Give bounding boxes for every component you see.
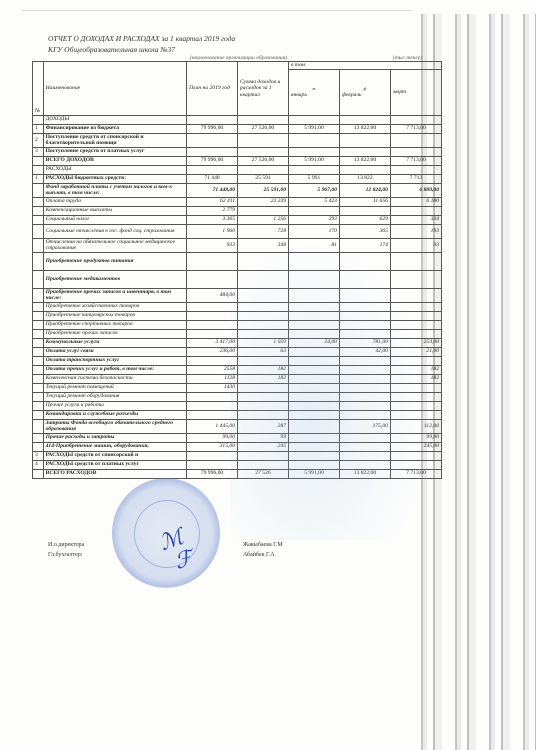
signature-names: Жакыбаева Г.М Абайбек Г.А — [243, 540, 283, 560]
row-february-cell — [339, 133, 390, 147]
table-row: Компенсационные выплаты2 779 — [33, 206, 442, 215]
row-name-cell: Приобретение продуктов питания — [43, 252, 186, 270]
table-row: Социальные отчисления в гос. фонд соц. с… — [33, 224, 442, 238]
row-plan-cell: 1430 — [187, 383, 238, 392]
table-row: Оплата прочих услуг и работ, в том числе… — [33, 365, 442, 374]
row-february-cell: 781,00 — [339, 338, 390, 347]
row-number-cell — [33, 469, 44, 478]
row-number-cell — [33, 115, 44, 124]
row-quarter-sum-cell — [238, 133, 289, 147]
row-february-cell: 13 822,00 — [339, 124, 390, 133]
row-quarter-sum-cell: 25 591 — [238, 174, 289, 183]
row-february-cell — [339, 147, 390, 156]
table-row: Прочие услуги и работы — [33, 401, 442, 410]
row-january-cell — [288, 374, 339, 383]
row-plan-cell — [187, 252, 238, 270]
row-february-cell: 175,00 — [339, 419, 390, 433]
row-march-cell: 334 — [390, 215, 441, 224]
row-number-cell — [33, 347, 44, 356]
row-plan-cell: 1 445,00 — [187, 419, 238, 433]
row-plan-cell: 236,00 — [187, 347, 238, 356]
header-number: № — [33, 62, 44, 116]
accountant-name: Абайбек Г.А — [243, 550, 283, 560]
row-number-cell: 4 — [33, 460, 44, 469]
row-march-cell: 182 — [390, 365, 441, 374]
report-title: ОТЧЕТ О ДОХОДАХ И РАСХОДАХ за 1 квартал … — [48, 34, 235, 43]
row-february-cell — [339, 302, 390, 311]
table-row: Приобретение прочих запасов и инвентаря,… — [33, 288, 442, 302]
row-plan-cell: 933 — [187, 238, 238, 252]
row-plan-cell: 79 996,00 — [187, 469, 238, 478]
row-number-cell — [33, 365, 44, 374]
header-february: ф февраль — [339, 69, 390, 115]
row-plan-cell — [187, 270, 238, 288]
row-plan-cell: 1128 — [187, 374, 238, 383]
director-label: И.о.директора — [48, 540, 84, 550]
row-plan-cell — [187, 311, 238, 320]
table-row: Комплексная система безопасности11281821… — [33, 374, 442, 383]
row-quarter-sum-cell — [238, 311, 289, 320]
header-quarter-sum: Сумма доходов и расходов за 1 квартал — [238, 62, 289, 116]
row-february-cell: 12 824,00 — [339, 183, 390, 197]
row-number-cell — [33, 419, 44, 433]
row-january-cell — [288, 401, 339, 410]
row-plan-cell — [187, 451, 238, 460]
row-quarter-sum-cell — [238, 288, 289, 302]
row-number-cell — [33, 270, 44, 288]
table-row: ВСЕГО РАСХОДОВ79 996,0027 5265 991,0013 … — [33, 469, 442, 478]
row-january-cell — [288, 133, 339, 147]
table-row: Социальный налог3 3651 256293629334 — [33, 215, 442, 224]
row-february-cell — [339, 401, 390, 410]
row-february-cell — [339, 206, 390, 215]
row-february-cell: 13 822,00 — [339, 156, 390, 165]
row-january-cell — [288, 320, 339, 329]
row-quarter-sum-cell: 728 — [238, 224, 289, 238]
director-name: Жакыбаева Г.М — [243, 540, 283, 550]
row-name-cell: Коммунальные услуги — [43, 338, 186, 347]
row-quarter-sum-cell: 182 — [238, 374, 289, 383]
row-march-cell — [390, 356, 441, 365]
row-number-cell — [33, 401, 44, 410]
row-march-cell — [390, 270, 441, 288]
row-february-cell — [339, 356, 390, 365]
row-february-cell — [339, 383, 390, 392]
row-name-cell: Компенсационные выплаты — [43, 206, 186, 215]
row-plan-cell — [187, 147, 238, 156]
table-row: Приобретение спортивных товаров — [33, 320, 442, 329]
row-february-cell — [339, 433, 390, 442]
row-march-cell — [390, 165, 441, 174]
row-name-cell: Прочие расходы и затраты — [43, 433, 186, 442]
row-plan-cell: 2 779 — [187, 206, 238, 215]
row-name-cell: Текущий ремонт помещений — [43, 383, 186, 392]
row-february-cell — [339, 115, 390, 124]
row-january-cell: 5 991 — [288, 174, 339, 183]
row-quarter-sum-cell — [238, 410, 289, 419]
row-quarter-sum-cell — [238, 460, 289, 469]
table-row: 3Поступление средств от платных услуг — [33, 147, 442, 156]
header-january: т январь — [288, 69, 339, 115]
table-row: Приобретение медикаментов — [33, 270, 442, 288]
row-march-cell: 99,00 — [390, 433, 441, 442]
row-january-cell — [288, 433, 339, 442]
row-january-cell — [288, 365, 339, 374]
row-quarter-sum-cell — [238, 270, 289, 288]
row-quarter-sum-cell — [238, 206, 289, 215]
row-quarter-sum-cell: 27 526,00 — [238, 124, 289, 133]
row-quarter-sum-cell — [238, 115, 289, 124]
row-march-cell — [390, 288, 441, 302]
table-row: Приобретение продуктов питания — [33, 252, 442, 270]
row-january-cell — [288, 302, 339, 311]
row-quarter-sum-cell: 63 — [238, 347, 289, 356]
row-february-cell: 13 822 — [339, 174, 390, 183]
row-march-cell — [390, 115, 441, 124]
row-february-cell — [339, 451, 390, 460]
row-march-cell: 93 — [390, 238, 441, 252]
table-row: 1Финансирование из бюджета79 996,0027 52… — [33, 124, 442, 133]
accountant-label: Гл.бухгалтер: — [48, 550, 84, 560]
row-plan-cell: 79 996,00 — [187, 156, 238, 165]
row-february-cell — [339, 329, 390, 338]
table-row: РАСХОДЫ — [33, 165, 442, 174]
header-february-label: февраль — [342, 92, 388, 99]
table-row: Командировки и служебные разъезды — [33, 410, 442, 419]
income-expense-table: № Наименование План на 2019 год Сумма до… — [32, 61, 442, 479]
row-march-cell — [390, 383, 441, 392]
row-name-cell: Приобретение прочих запасов — [43, 329, 186, 338]
row-name-cell: РАСХОДЫ средств от спонсорской и — [43, 451, 186, 460]
row-march-cell: 112,00 — [390, 419, 441, 433]
row-quarter-sum-cell: 348 — [238, 238, 289, 252]
row-number-cell — [33, 329, 44, 338]
row-name-cell: РАСХОДЫ — [43, 165, 186, 174]
row-name-cell: ВСЕГО ДОХОДОВ — [43, 156, 186, 165]
row-march-cell — [390, 460, 441, 469]
row-february-cell: 629 — [339, 215, 390, 224]
row-march-cell — [390, 329, 441, 338]
row-plan-cell — [187, 460, 238, 469]
row-quarter-sum-cell: 25 591,00 — [238, 183, 289, 197]
row-name-cell: Командировки и служебные разъезды — [43, 410, 186, 419]
row-quarter-sum-cell — [238, 302, 289, 311]
row-january-cell — [288, 270, 339, 288]
row-march-cell: 7 713,00 — [390, 156, 441, 165]
row-plan-cell — [187, 410, 238, 419]
row-name-cell: Оплата услуг связи — [43, 347, 186, 356]
row-march-cell — [390, 401, 441, 410]
row-name-cell: Приобретение медикаментов — [43, 270, 186, 288]
table-row: Текущий ремонт помещений1430 — [33, 383, 442, 392]
row-quarter-sum-cell — [238, 147, 289, 156]
row-number-cell — [33, 183, 44, 197]
row-number-cell — [33, 224, 44, 238]
row-name-cell: РАСХОДЫ средств от платных услуг — [43, 460, 186, 469]
row-january-cell — [288, 356, 339, 365]
row-quarter-sum-cell: 245 — [238, 442, 289, 451]
row-quarter-sum-cell: 1 256 — [238, 215, 289, 224]
row-february-cell — [339, 410, 390, 419]
row-number-cell — [33, 206, 44, 215]
row-january-cell — [288, 460, 339, 469]
row-plan-cell: 3 365 — [187, 215, 238, 224]
row-quarter-sum-cell — [238, 392, 289, 401]
row-february-cell: 13 822,00 — [339, 469, 390, 478]
row-number-cell — [33, 338, 44, 347]
row-number-cell — [33, 374, 44, 383]
row-march-cell: 7 713 — [390, 174, 441, 183]
row-plan-cell: 99,00 — [187, 433, 238, 442]
row-february-cell — [339, 460, 390, 469]
table-row: Оплата труда62 41123 2395 42311 6566 180 — [33, 197, 442, 206]
row-january-cell — [288, 383, 339, 392]
row-february-cell — [339, 311, 390, 320]
row-january-cell — [288, 410, 339, 419]
row-plan-cell — [187, 165, 238, 174]
row-march-cell: 182 — [390, 374, 441, 383]
row-number-cell — [33, 392, 44, 401]
row-name-cell: Социальный налог — [43, 215, 186, 224]
row-name-cell: Оплата прочих услуг и работ, в том числе… — [43, 365, 186, 374]
row-february-cell: 11 656 — [339, 197, 390, 206]
row-name-cell: Приобретение спортивных товаров — [43, 320, 186, 329]
row-quarter-sum-cell: 27 526 — [238, 469, 289, 478]
row-quarter-sum-cell: 99 — [238, 433, 289, 442]
row-january-cell — [288, 451, 339, 460]
row-march-cell — [390, 451, 441, 460]
row-number-cell — [33, 156, 44, 165]
signature-labels: И.о.директора Гл.бухгалтер: — [48, 540, 84, 560]
row-number-cell — [33, 442, 44, 451]
row-february-cell — [339, 320, 390, 329]
row-march-cell — [390, 320, 441, 329]
row-name-cell: Финансирование из бюджета — [43, 124, 186, 133]
director-signature: ℳ — [156, 525, 187, 557]
row-february-cell — [339, 252, 390, 270]
table-row: Оплата транспортных услуг — [33, 356, 442, 365]
row-name-cell: Приобретение прочих запасов и инвентаря,… — [43, 288, 186, 302]
row-january-cell — [288, 442, 339, 451]
table-row: ДОХОДЫ — [33, 115, 442, 124]
table-row: Затраты Фонда всеобщего обязательного ср… — [33, 419, 442, 433]
row-february-cell: 365 — [339, 224, 390, 238]
row-quarter-sum-cell: 23 239 — [238, 197, 289, 206]
row-plan-cell: 2558 — [187, 365, 238, 374]
row-march-cell — [390, 206, 441, 215]
row-plan-cell — [187, 329, 238, 338]
row-plan-cell: 315,00 — [187, 442, 238, 451]
row-january-cell — [288, 206, 339, 215]
row-march-cell: 7 713,00 — [390, 469, 441, 478]
row-quarter-sum-cell — [238, 451, 289, 460]
row-march-cell: 254,00 — [390, 338, 441, 347]
row-name-cell: Приобретение канцелярских товаров — [43, 311, 186, 320]
row-plan-cell — [187, 133, 238, 147]
row-quarter-sum-cell: 287 — [238, 419, 289, 433]
row-february-cell: 174 — [339, 238, 390, 252]
row-number-cell — [33, 320, 44, 329]
row-name-cell: ДОХОДЫ — [43, 115, 186, 124]
table-row: 4РАСХОДЫ средств от платных услуг — [33, 460, 442, 469]
row-january-cell — [288, 115, 339, 124]
row-name-cell: РАСХОДЫ бюджетных средств: — [43, 174, 186, 183]
table-row: Отчисления на обязательное социальное ме… — [33, 238, 442, 252]
row-plan-cell: 79 996,00 — [187, 124, 238, 133]
row-number-cell — [33, 252, 44, 270]
row-plan-cell: 71 448,00 — [187, 183, 238, 197]
row-name-cell: Прочие услуги и работы — [43, 401, 186, 410]
row-february-cell — [339, 288, 390, 302]
row-march-cell — [390, 252, 441, 270]
row-number-cell — [33, 197, 44, 206]
table-body: ДОХОДЫ1Финансирование из бюджета79 996,0… — [33, 115, 442, 478]
row-number-cell: 3 — [33, 451, 44, 460]
header-plan: План на 2019 год — [187, 62, 238, 116]
row-plan-cell — [187, 302, 238, 311]
row-number-cell — [33, 288, 44, 302]
table-row: ВСЕГО ДОХОДОВ79 996,0027 526,005 991,001… — [33, 156, 442, 165]
row-quarter-sum-cell — [238, 401, 289, 410]
table-row: Коммунальные услуги3 417,001 05924,00781… — [33, 338, 442, 347]
row-number-cell — [33, 410, 44, 419]
row-march-cell: 245,00 — [390, 442, 441, 451]
row-march-cell — [390, 147, 441, 156]
header-name: Наименование — [43, 62, 186, 116]
table-row: Приобретение хозяйственных товаров — [33, 302, 442, 311]
row-march-cell: 6 180 — [390, 197, 441, 206]
row-february-cell — [339, 442, 390, 451]
row-january-cell — [288, 165, 339, 174]
row-january-cell — [288, 347, 339, 356]
row-plan-cell: 71 448 — [187, 174, 238, 183]
row-plan-cell: 484,00 — [187, 288, 238, 302]
row-january-cell: 5 991,00 — [288, 156, 339, 165]
row-name-cell: Оплата транспортных услуг — [43, 356, 186, 365]
row-name-cell: ВСЕГО РАСХОДОВ — [43, 469, 186, 478]
row-march-cell — [390, 133, 441, 147]
header-january-label: январь — [291, 92, 337, 99]
row-quarter-sum-cell — [238, 329, 289, 338]
table-row: Оплата услуг связи236,006342,0021,00 — [33, 347, 442, 356]
row-march-cell: 193 — [390, 224, 441, 238]
table-row: 1РАСХОДЫ бюджетных средств:71 44825 5915… — [33, 174, 442, 183]
row-january-cell — [288, 288, 339, 302]
row-plan-cell — [187, 401, 238, 410]
row-january-cell: 24,00 — [288, 338, 339, 347]
row-number-cell: 2 — [33, 133, 44, 147]
row-plan-cell: 62 411 — [187, 197, 238, 206]
row-number-cell — [33, 433, 44, 442]
row-name-cell: Затраты Фонда всеобщего обязательного ср… — [43, 419, 186, 433]
row-march-cell: 6 800,00 — [390, 183, 441, 197]
row-name-cell: Приобретение хозяйственных товаров — [43, 302, 186, 311]
row-plan-cell — [187, 392, 238, 401]
row-january-cell — [288, 252, 339, 270]
table-row: Прочие расходы и затраты99,009999,00 — [33, 433, 442, 442]
row-february-cell — [339, 365, 390, 374]
row-number-cell — [33, 302, 44, 311]
row-january-cell — [288, 392, 339, 401]
row-quarter-sum-cell — [238, 383, 289, 392]
table-row: Фонд заработной платы с учетом налогов и… — [33, 183, 442, 197]
row-march-cell: 7 713,00 — [390, 124, 441, 133]
row-name-cell: Социальные отчисления в гос. фонд соц. с… — [43, 224, 186, 238]
row-january-cell: 293 — [288, 215, 339, 224]
row-january-cell: 5 991,00 — [288, 124, 339, 133]
row-number-cell — [33, 238, 44, 252]
row-january-cell — [288, 329, 339, 338]
row-name-cell: Поступление средств от платных услуг — [43, 147, 186, 156]
row-quarter-sum-cell — [238, 165, 289, 174]
row-quarter-sum-cell — [238, 356, 289, 365]
row-january-cell: 5 423 — [288, 197, 339, 206]
row-february-cell — [339, 165, 390, 174]
row-quarter-sum-cell: 27 526,00 — [238, 156, 289, 165]
row-january-cell — [288, 147, 339, 156]
organization-name: КГУ Общеобразовательная школа №37 — [48, 45, 175, 54]
row-january-cell: 5 991,00 — [288, 469, 339, 478]
row-january-cell: 5 967,00 — [288, 183, 339, 197]
table-row: Приобретение канцелярских товаров — [33, 311, 442, 320]
row-name-cell: Фонд заработной платы с учетом налогов и… — [43, 183, 186, 197]
row-january-cell: 170 — [288, 224, 339, 238]
row-plan-cell — [187, 320, 238, 329]
table-row: 414-Приобретение машин, оборудования,315… — [33, 442, 442, 451]
table-row: 2Поступление средств от спонсорской и бл… — [33, 133, 442, 147]
row-march-cell — [390, 410, 441, 419]
row-march-cell: 21,00 — [390, 347, 441, 356]
row-march-cell — [390, 392, 441, 401]
row-quarter-sum-cell: 182 — [238, 365, 289, 374]
table-row: 3РАСХОДЫ средств от спонсорской и — [33, 451, 442, 460]
row-number-cell: 1 — [33, 124, 44, 133]
row-january-cell — [288, 311, 339, 320]
row-february-cell: 42,00 — [339, 347, 390, 356]
row-quarter-sum-cell — [238, 320, 289, 329]
row-february-cell — [339, 270, 390, 288]
row-plan-cell — [187, 115, 238, 124]
page-edge-line — [22, 10, 412, 11]
row-quarter-sum-cell: 1 059 — [238, 338, 289, 347]
header-in-that: в том — [288, 62, 441, 70]
row-february-cell — [339, 392, 390, 401]
row-february-cell — [339, 374, 390, 383]
row-number-cell — [33, 165, 44, 174]
row-plan-cell: 1 960 — [187, 224, 238, 238]
row-quarter-sum-cell — [238, 252, 289, 270]
row-name-cell: Текущий ремонт оборудования — [43, 392, 186, 401]
row-plan-cell: 3 417,00 — [187, 338, 238, 347]
row-march-cell — [390, 311, 441, 320]
row-january-cell: 81 — [288, 238, 339, 252]
table-row: Текущий ремонт оборудования — [33, 392, 442, 401]
row-name-cell: Отчисления на обязательное социальное ме… — [43, 238, 186, 252]
row-name-cell: 414-Приобретение машин, оборудования, — [43, 442, 186, 451]
table-row: Приобретение прочих запасов — [33, 329, 442, 338]
row-march-cell — [390, 302, 441, 311]
official-stamp — [112, 478, 220, 588]
row-name-cell: Поступление средств от спонсорской и бла… — [43, 133, 186, 147]
row-january-cell — [288, 419, 339, 433]
row-number-cell — [33, 311, 44, 320]
accountant-signature: ℱ — [172, 546, 195, 575]
row-number-cell — [33, 215, 44, 224]
row-number-cell — [33, 383, 44, 392]
row-number-cell: 1 — [33, 174, 44, 183]
row-name-cell: Оплата труда — [43, 197, 186, 206]
row-number-cell — [33, 356, 44, 365]
